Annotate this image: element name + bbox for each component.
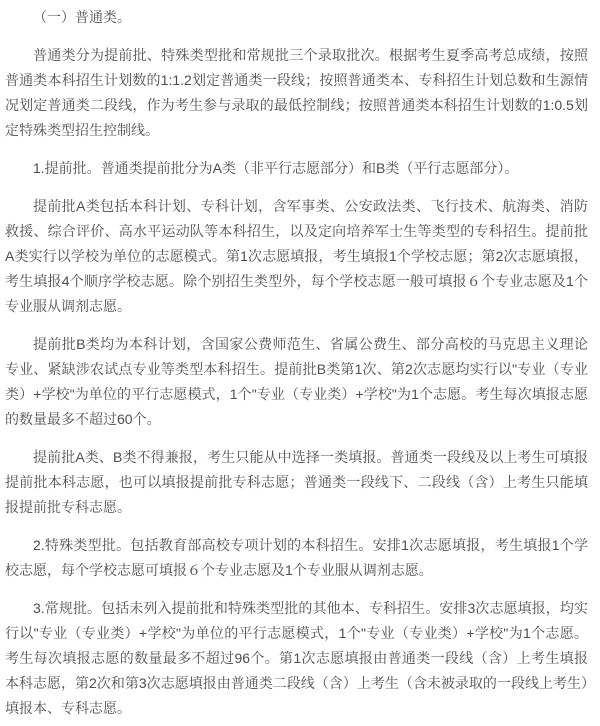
article-body: （一）普通类。 普通类分为提前批、特殊类型批和常规批三个录取批次。根据考生夏季高… [0, 0, 600, 721]
paragraph-batch-overview: 普通类分为提前批、特殊类型批和常规批三个录取批次。根据考生夏季高考总成绩，按照普… [5, 43, 588, 143]
paragraph-advance-batch-a: 提前批A类包括本科计划、专科计划，含军事类、公安政法类、飞行技术、航海类、消防救… [5, 194, 588, 319]
section-heading-general-category: （一）普通类。 [5, 5, 588, 30]
paragraph-regular-batch: 3.常规批。包括未列入提前批和特殊类型批的其他本、专科招生。安排3次志愿填报，均… [5, 596, 588, 721]
paragraph-special-type-batch: 2.特殊类型批。包括教育部高校专项计划的本科招生。安排1次志愿填报，考生填报1个… [5, 533, 588, 583]
paragraph-advance-batch-intro: 1.提前批。普通类提前批分为A类（非平行志愿部分）和B类（平行志愿部分）。 [5, 156, 588, 181]
paragraph-advance-batch-restrictions: 提前批A类、B类不得兼报，考生只能从中选择一类填报。普通类一段线及以上考生可填报… [5, 445, 588, 520]
paragraph-advance-batch-b: 提前批B类均为本科计划，含国家公费师范生、省属公费生、部分高校的马克思主义理论专… [5, 332, 588, 432]
